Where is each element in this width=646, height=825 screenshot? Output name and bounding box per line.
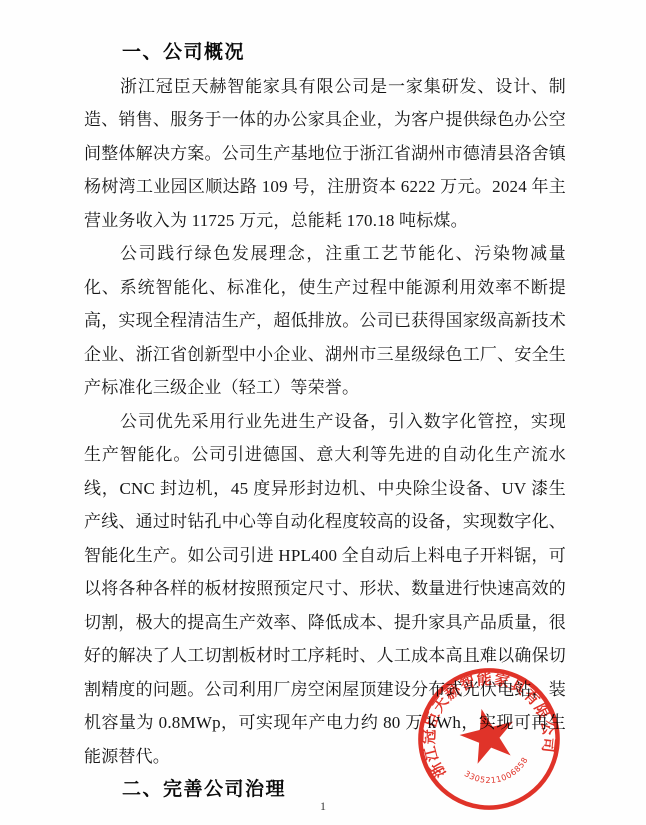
section-heading-company-overview: 一、公司概况 — [84, 36, 566, 70]
page-number: 1 — [0, 799, 646, 814]
document-page: 一、公司概况 浙江冠臣天赫智能家具有限公司是一家集研发、设计、制造、销售、服务于… — [0, 0, 646, 825]
document-content: 一、公司概况 浙江冠臣天赫智能家具有限公司是一家集研发、设计、制造、销售、服务于… — [84, 36, 566, 807]
paragraph-green-development: 公司践行绿色发展理念，注重工艺节能化、污染物减量化、系统智能化、标准化，使生产过… — [84, 237, 566, 405]
paragraph-company-overview: 浙江冠臣天赫智能家具有限公司是一家集研发、设计、制造、销售、服务于一体的办公家具… — [84, 70, 566, 238]
paragraph-production-equipment: 公司优先采用行业先进生产设备，引入数字化管控，实现生产智能化。公司引进德国、意大… — [84, 405, 566, 774]
